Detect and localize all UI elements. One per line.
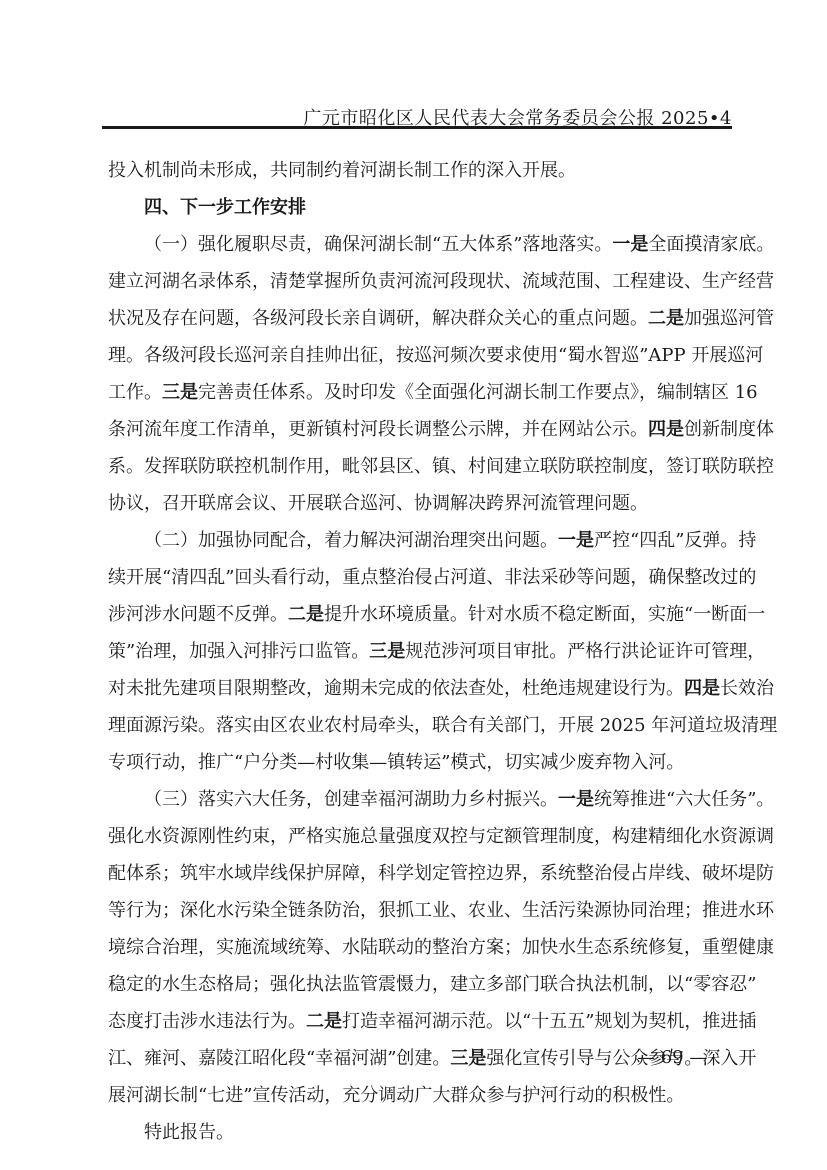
text-segment: 配体系；筑牢水域岸线保护屏障，科学划定管控边界，系统整治侵占岸线、破坏堤防	[108, 863, 774, 884]
text-segment: 完善责任体系。及时印发《全面强化河湖长制工作要点》，编制辖区 16	[198, 382, 758, 403]
text-line: 态度打击涉水违法行为。二是打造幸福河湖示范。以“十五五”规划为契机，推进插	[108, 1003, 732, 1040]
text-segment: 理。各级河段长巡河亲自挂帅出征，按巡河频次要求使用“蜀水智巡”APP 开展巡河	[108, 345, 763, 366]
text-segment: 状况及存在问题，各级河段长亲自调研，解决群众关心的重点问题。	[108, 308, 648, 329]
text-segment: 策”治理，加强入河排污口监管。	[108, 641, 369, 662]
text-line: 理面源污染。落实由区农业农村局牵头，联合有关部门，开展 2025 年河道垃圾清理	[108, 707, 732, 744]
text-line: 稳定的水生态格局；强化执法监管震慑力，建立多部门联合执法机制，以“零容忍”	[108, 966, 732, 1003]
text-line: 投入机制尚未形成，共同制约着河湖长制工作的深入开展。	[108, 152, 732, 189]
text-segment: 理面源污染。落实由区农业农村局牵头，联合有关部门，开展 2025 年河道垃圾清理	[108, 715, 777, 736]
bold-lead: 四是	[684, 678, 720, 699]
text-line: 策”治理，加强入河排污口监管。三是规范涉河项目审批。严格行洪论证许可管理，	[108, 633, 732, 670]
text-line: （二）加强协同配合，着力解决河湖治理突出问题。一是严控“四乱”反弹。持	[108, 522, 732, 559]
text-segment: 强化宣传引导与公众参与。深入开	[486, 1048, 756, 1069]
bold-lead: 二是	[648, 308, 684, 329]
text-line: 工作。三是完善责任体系。及时印发《全面强化河湖长制工作要点》，编制辖区 16	[108, 374, 732, 411]
bold-lead: 三是	[369, 641, 405, 662]
text-segment: 展河湖长制“七进”宣传活动，充分调动广大群众参与护河行动的积极性。	[108, 1085, 684, 1106]
text-segment: 规范涉河项目审批。严格行洪论证许可管理，	[405, 641, 765, 662]
text-segment: 创新制度体	[684, 419, 774, 440]
text-segment: 等行为；深化水污染全链条防治，狠抓工业、农业、生活污染源协同治理；推进水环	[108, 900, 774, 921]
subsection-title: （三）落实六大任务，创建幸福河湖助力乡村振兴。	[144, 789, 558, 810]
text-line: 境综合治理，实施流域统筹、水陆联动的整治方案；加快水生态系统修复，重塑健康	[108, 929, 732, 966]
bold-lead: 三是	[162, 382, 198, 403]
bold-lead: 一是	[558, 789, 594, 810]
text-segment: 协议，召开联席会议、开展联合巡河、协调解决跨界河流管理问题。	[108, 493, 648, 514]
text-segment: 长效治	[720, 678, 774, 699]
text-line: 展河湖长制“七进”宣传活动，充分调动广大群众参与护河行动的积极性。	[108, 1077, 732, 1114]
text-line: （三）落实六大任务，创建幸福河湖助力乡村振兴。一是统筹推进“六大任务”。	[108, 781, 732, 818]
text-segment: 全面摸清家底。	[648, 234, 774, 255]
text-line: 对未批先建项目限期整改，逾期未完成的依法查处，杜绝违规建设行为。四是长效治	[108, 670, 732, 707]
section-heading: 四、下一步工作安排	[144, 197, 306, 218]
text-line: 协议，召开联席会议、开展联合巡河、协调解决跨界河流管理问题。	[108, 485, 732, 522]
text-line: 系。发挥联防联控机制作用，毗邻县区、镇、村间建立联防联控制度，签订联防联控	[108, 448, 732, 485]
text-segment: 提升水环境质量。针对水质不稳定断面，实施“一断面一	[324, 604, 765, 625]
text-segment: 投入机制尚未形成，共同制约着河湖长制工作的深入开展。	[108, 160, 576, 181]
bold-lead: 三是	[450, 1048, 486, 1069]
text-line: 条河流年度工作清单，更新镇村河段长调整公示牌，并在网站公示。四是创新制度体	[108, 411, 732, 448]
text-line: 建立河湖名录体系，清楚掌握所负责河流河段现状、流域范围、工程建设、生产经营	[108, 263, 732, 300]
bold-lead: 四是	[648, 419, 684, 440]
text-line: 状况及存在问题，各级河段长亲自调研，解决群众关心的重点问题。二是加强巡河管	[108, 300, 732, 337]
text-line: 专项行动，推广“户分类—村收集—镇转运”模式，切实减少废弃物入河。	[108, 744, 732, 781]
text-line: （一）强化履职尽责，确保河湖长制“五大体系”落地落实。一是全面摸清家底。	[108, 226, 732, 263]
subsection-title: （一）强化履职尽责，确保河湖长制“五大体系”落地落实。	[144, 234, 612, 255]
text-segment: 江、雍河、嘉陵江昭化段“幸福河湖”创建。	[108, 1048, 450, 1069]
text-segment: 特此报告。	[144, 1122, 234, 1143]
bold-lead: 二是	[288, 604, 324, 625]
text-line: 涉河涉水问题不反弹。二是提升水环境质量。针对水质不稳定断面，实施“一断面一	[108, 596, 732, 633]
text-line: 强化水资源刚性约束，严格实施总量强度双控与定额管理制度，构建精细化水资源调	[108, 818, 732, 855]
bold-lead: 二是	[306, 1011, 342, 1032]
document-body: 投入机制尚未形成，共同制约着河湖长制工作的深入开展。四、下一步工作安排（一）强化…	[108, 152, 732, 1151]
text-line: 四、下一步工作安排	[108, 189, 732, 226]
text-line: 理。各级河段长巡河亲自挂帅出征，按巡河频次要求使用“蜀水智巡”APP 开展巡河	[108, 337, 732, 374]
text-segment: 专项行动，推广“户分类—村收集—镇转运”模式，切实减少废弃物入河。	[108, 752, 684, 773]
text-segment: 条河流年度工作清单，更新镇村河段长调整公示牌，并在网站公示。	[108, 419, 648, 440]
text-segment: 境综合治理，实施流域统筹、水陆联动的整治方案；加快水生态系统修复，重塑健康	[108, 937, 774, 958]
bold-lead: 一是	[612, 234, 648, 255]
page-number: — 69 —	[637, 1047, 707, 1068]
text-line: 配体系；筑牢水域岸线保护屏障，科学划定管控边界，系统整治侵占岸线、破坏堤防	[108, 855, 732, 892]
text-segment: 系。发挥联防联控机制作用，毗邻县区、镇、村间建立联防联控制度，签订联防联控	[108, 456, 774, 477]
text-segment: 涉河涉水问题不反弹。	[108, 604, 288, 625]
header-rule	[102, 126, 732, 129]
text-segment: 对未批先建项目限期整改，逾期未完成的依法查处，杜绝违规建设行为。	[108, 678, 684, 699]
text-segment: 稳定的水生态格局；强化执法监管震慑力，建立多部门联合执法机制，以“零容忍”	[108, 974, 756, 995]
text-segment: 打造幸福河湖示范。以“十五五”规划为契机，推进插	[342, 1011, 756, 1032]
text-segment: 加强巡河管	[684, 308, 774, 329]
text-line: 续开展“清四乱”回头看行动，重点整治侵占河道、非法采砂等问题，确保整改过的	[108, 559, 732, 596]
text-segment: 续开展“清四乱”回头看行动，重点整治侵占河道、非法采砂等问题，确保整改过的	[108, 567, 756, 588]
text-segment: 建立河湖名录体系，清楚掌握所负责河流河段现状、流域范围、工程建设、生产经营	[108, 271, 774, 292]
subsection-title: （二）加强协同配合，着力解决河湖治理突出问题。	[144, 530, 558, 551]
text-segment: 统筹推进“六大任务”。	[594, 789, 774, 810]
text-segment: 工作。	[108, 382, 162, 403]
text-segment: 严控“四乱”反弹。持	[594, 530, 756, 551]
text-line: 等行为；深化水污染全链条防治，狠抓工业、农业、生活污染源协同治理；推进水环	[108, 892, 732, 929]
text-segment: 态度打击涉水违法行为。	[108, 1011, 306, 1032]
text-line: 特此报告。	[108, 1114, 732, 1151]
bold-lead: 一是	[558, 530, 594, 551]
text-segment: 强化水资源刚性约束，严格实施总量强度双控与定额管理制度，构建精细化水资源调	[108, 826, 774, 847]
